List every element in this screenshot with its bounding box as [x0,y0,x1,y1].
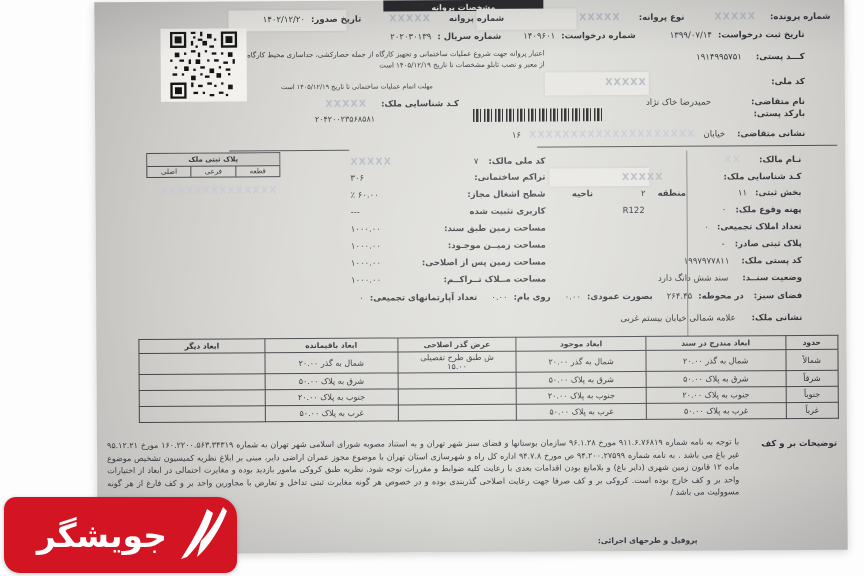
table-row-west: غرباً غرب به پلاک ۵۰.۰۰ غرب به پلاک ۵۰.۰… [139,402,838,422]
col-other-dims: ابعاد دیگر [139,339,265,354]
reg-date-value: ۱۳۹۹/۰۷/۱۴ [670,31,712,41]
col-existing-dims: ابعاد موجود [516,336,645,351]
area-deed-label: مساحت زمین طبق سند: [444,224,546,235]
zone-label: ناحیه [572,189,593,199]
merged-count-label: تعداد املاک تجمیعی: [717,222,802,233]
area-after-row: مساحت زمین پس از اصلاحی: ۱۰۰۰.۰۰ [351,258,546,269]
owner-nid-row: کد ملی مالک: ۷ XXXXX [350,156,545,168]
area-density-value: ۱۰۰۰.۰۰ [351,276,381,286]
district-value: ۲ [641,189,646,199]
postal-code-label: کـــد پستی: [756,52,805,62]
jooyeshgar-logo: جویشگر [4,497,237,573]
area-deed-value: ۱۰۰۰.۰۰ [351,225,381,235]
cell: جنوب به پلاک ۲۰.۰۰ [517,387,646,404]
plate-col-main: اصلی [147,167,190,177]
col-remaining-dims: ابعاد باقیمانده [265,338,398,353]
density-value: ۳۰۶ [350,174,364,184]
green-area-label: در محوطه: [698,291,744,301]
boundaries-table: حدود ابعاد مندرج در سند ابعاد موجود عرض … [138,335,839,423]
cell: جنوب به پلاک ۲۰.۰۰ [646,387,786,404]
applicant-address-number: ۱۶ [512,130,521,140]
postal-barcode-label: بارکد پستی: [754,109,805,119]
landuse-zone-dot: · [723,205,726,215]
landuse-zone-row: پهنه وقوع ملک: · R122 [623,205,802,216]
green-space-label: فضای سبز: [754,291,802,301]
landuse-zone-label: پهنه وقوع ملک: [735,205,801,215]
reg-section-label: بخش ثبتی: [755,188,801,198]
permit-document-photo: مشخصات پروانه شماره پرونده: XXXXX نوع پر… [94,0,847,554]
green-area-value: ۲۶۴.۴۵ [667,292,693,302]
property-id-number: ۲۰۴۲۰۰۲۳۵۶۸۵۸۱ [315,115,375,124]
cell: شمالاً [786,349,839,370]
occupancy-label: سطح اشغال مجاز: [467,190,545,200]
cell [139,374,265,391]
plate-col-piece: قطعه [235,166,279,176]
property-address-label: نشانی ملک: [752,313,803,323]
cell [398,372,517,389]
cell: شرق به پلاک ۵۰.۰۰ [517,371,646,388]
property-address-row: نشانی ملک: علامه شمالی خیابان بیستم غربی [620,313,802,324]
col-corrected-width: عرض گذر اصلاحی [398,337,517,352]
merged-apts-label: تعداد آپارتمانهای تجمیعی: [370,293,477,304]
cell: شمال به گذر ۲۰.۰۰ [265,352,398,374]
fixed-use-value: --- [351,208,360,218]
plate-table-columns: قطعه فرعی اصلی [147,166,279,177]
issue-date-value: ۱۴۰۲/۱۲/۲۰ [263,15,305,25]
owner-nid-value: ۷ [474,156,479,166]
permit-no-label: شماره پروانه [449,13,504,23]
cell [398,404,517,421]
notes-paragraph: با توجه به نامه شماره ۹۱۱.۶.۷۶۸۱۹ مورخ ۹… [107,436,739,503]
fixed-use-row: کاربری تثبیت شده --- [351,207,546,218]
applicant-name-label: نام متقاضی: [751,97,805,107]
property-postal-label: کد پستی ملک: [741,256,802,266]
issued-plate-value: - [722,239,725,249]
area-existing-row: مساحت زمیــن موجـود: ۱۰۰۰.۰۰ [351,241,546,252]
deed-status-value: سند شش دانگ دارد [658,273,728,283]
plate-table-title: پلاک ثبتی ملک [147,153,279,167]
col-deed-dims: ابعاد مندرج در سند [646,336,786,351]
cell: شمال به گذر ۲۰.۰۰ [516,350,645,372]
cell [139,406,265,423]
deed-status-label: وضعیت سنــد: [742,273,802,283]
applicant-name-value: حمیدرضا خاک نژاد [646,98,711,108]
density-label: تراکم ساختمانی: [474,173,545,183]
area-deed-row: مساحت زمین طبق سند: ۱۰۰۰.۰۰ [351,224,546,235]
cell: غرب به پلاک ۵۰.۰۰ [517,403,646,420]
section-divider [537,145,837,148]
serial-no-value: ۲۰۲۰۳۰۱۳۹ [390,32,431,42]
property-postal-row: کد پستی ملک: ۱۹۹۷۹۷۷۸۱۱ [684,256,802,267]
merged-count-row: تعداد املاک تجمیعی: ۰ [704,222,801,233]
postal-code-row: کـــد پستی: ۱۹۱۴۹۹۵۷۵۱ [696,52,805,63]
property-id2-label: کـد شناسایی ملک: [723,171,801,181]
issued-plate-label: پلاک ثبتی صادر: [735,239,802,249]
property-postal-value: ۱۹۹۷۹۷۷۸۱۱ [684,256,730,266]
permit-type-label: نوع پروانه: [639,12,685,22]
permit-type-redacted: XXXXX [579,12,621,23]
owner-nid-redacted: XXXXX [350,156,392,167]
logo-mark-icon [173,506,227,564]
owner-nid-label: کد ملی مالک: [488,156,545,166]
cell: ش طبق طرح تفصیلی ۱۵.۰۰ [398,351,517,373]
cell [139,353,265,375]
screenshot-canvas: { "title_bar": "مشخصات پروانه", "redact"… [0,0,864,576]
validity-paragraph: اعتبار پروانه جهت شروع عملیات ساختمانی و… [245,49,545,72]
fixed-use-label: کاربری تثبیت شده [469,207,545,217]
completion-deadline-note: مهلت اتمام عملیات ساختمانی تا تاریخ ۱۴۰۵… [281,81,433,92]
permit-header-row: شماره پرونده: XXXXX نوع پروانه: XXXXX شم… [263,11,831,25]
registration-row: بخش ثبتی: ۱۱ منطقه ۲ ناحیه ۱ [539,188,801,200]
cell: غرباً [786,402,839,418]
profiles-label: پروفیل و طرحهای اجرائی: [598,536,698,546]
request-no-label: شماره درخواست: [561,31,636,41]
col-boundary: حدود [785,335,838,349]
area-after-label: مساحت زمین پس از اصلاحی: [422,258,546,269]
request-row: تاریخ ثبت درخواست: ۱۳۹۹/۰۷/۱۴ شماره درخو… [390,30,804,43]
plate-redacted: XXXXXXXXXXXXXX [161,185,278,197]
serial-no-label: شماره سریال : [437,32,501,42]
cell: شمال به گذر ۲۰.۰۰ [646,350,786,372]
cell: شرقاً [786,370,839,386]
cell: شرق به پلاک ۵۰.۰۰ [265,373,398,390]
issue-date-label: تاریخ صدور: [311,14,361,24]
district-label: منطقه [658,189,686,199]
applicant-row: نام متقاضی: حمیدرضا خاک نژاد [646,97,805,108]
deed-status-row: وضعیت سنــد: سند شش دانگ دارد [658,273,802,284]
green-vertical-value: ۰.۰۰ [565,292,581,302]
landuse-zone-value: R122 [623,206,645,216]
cell [139,390,265,407]
plate-col-secondary: فرعی [191,166,235,176]
density-row: تراکم ساختمانی: ۳۰۶ [350,173,545,184]
area-existing-label: مساحت زمیــن موجـود: [448,241,546,252]
postal-barcode [473,108,605,122]
applicant-address-row: نشانی متقاضی: خیابان XXXXXXXXXXXXXXXXXXX… [512,128,805,141]
green-roof-label: روی بام: [514,293,551,303]
merged-apts-value: ۰ [359,294,364,304]
file-no-redacted: XXXXX [714,11,756,22]
permit-no-redacted: XXXXX [389,13,431,24]
owner-name-row: نـام مالک: XX [724,154,801,165]
owner-name-label: نـام مالک: [759,154,801,164]
reg-date-label: تاریخ ثبت درخواست: [718,30,805,41]
property-id2-row: کـد شناسایی ملک: XXXXX [622,171,802,183]
cell: شرق به پلاک ۵۰.۰۰ [646,371,786,388]
cell: غرب به پلاک ۵۰.۰۰ [646,403,786,420]
applicant-address-redacted: XXXXXXXXXXXXXXXXXXXX [529,129,696,141]
applicant-address-label: نشانی متقاضی: [737,128,805,138]
national-id-row: کد ملی: [771,77,805,87]
property-id2-redacted: XXXXX [622,172,664,183]
cell: غرب به پلاک ۵۰.۰۰ [265,405,398,422]
property-id-label: کـد شناسایی ملک: [381,99,459,109]
issued-plate-row: پلاک ثبتی صادر: - [722,239,802,249]
registered-plate-table: پلاک ثبتی ملک قطعه فرعی اصلی [146,152,280,178]
file-no-label: شماره پرونده: [770,11,830,21]
area-existing-value: ۱۰۰۰.۰۰ [351,242,381,252]
area-after-value: ۱۰۰۰.۰۰ [351,259,381,269]
national-id-redacted: XXXXX [605,77,647,88]
reg-section-value: ۱۱ [738,188,747,198]
notes-label: توضیحات بر و کف [761,439,837,449]
green-vertical-label: بصورت عمودی: [587,292,653,302]
logo-wordmark: جویشگر [37,516,167,555]
national-id-label: کد ملی: [771,77,805,87]
green-roof-value: ۰.۰۰ [491,293,507,303]
postal-barcode-row: بارکد پستی: [754,109,805,119]
cell: جنوب به پلاک ۲۰.۰۰ [265,389,398,406]
property-address-value: علامه شمالی خیابان بیستم غربی [620,313,735,324]
cell: جنوباً [786,386,839,402]
postal-code-value: ۱۹۱۴۹۹۵۷۵۱ [696,52,742,62]
applicant-address-prefix: خیابان [703,129,725,139]
cell [398,388,517,405]
area-density-row: مساحت مــلاک تــراکــم: ۱۰۰۰.۰۰ [351,275,546,286]
request-no-value: ۱۴۰۹۶۰۱ [523,31,555,41]
occupancy-row: سطح اشغال مجاز: ۶۰.۰۰ ٪ [350,190,545,201]
qr-code [160,28,246,102]
green-space-row: فضای سبز: در محوطه: ۲۶۴.۴۵ بصورت عمودی: … [359,291,802,304]
merged-count-value: ۰ [704,223,709,233]
property-id-redacted: XXXXX [325,99,367,110]
area-density-label: مساحت مــلاک تــراکــم: [444,275,546,286]
occupancy-value: ۶۰.۰۰ ٪ [350,191,378,201]
property-id-row: کـد شناسایی ملک: XXXXX [325,98,459,110]
section-divider [229,150,349,152]
owner-name-redacted: XX [724,154,741,165]
